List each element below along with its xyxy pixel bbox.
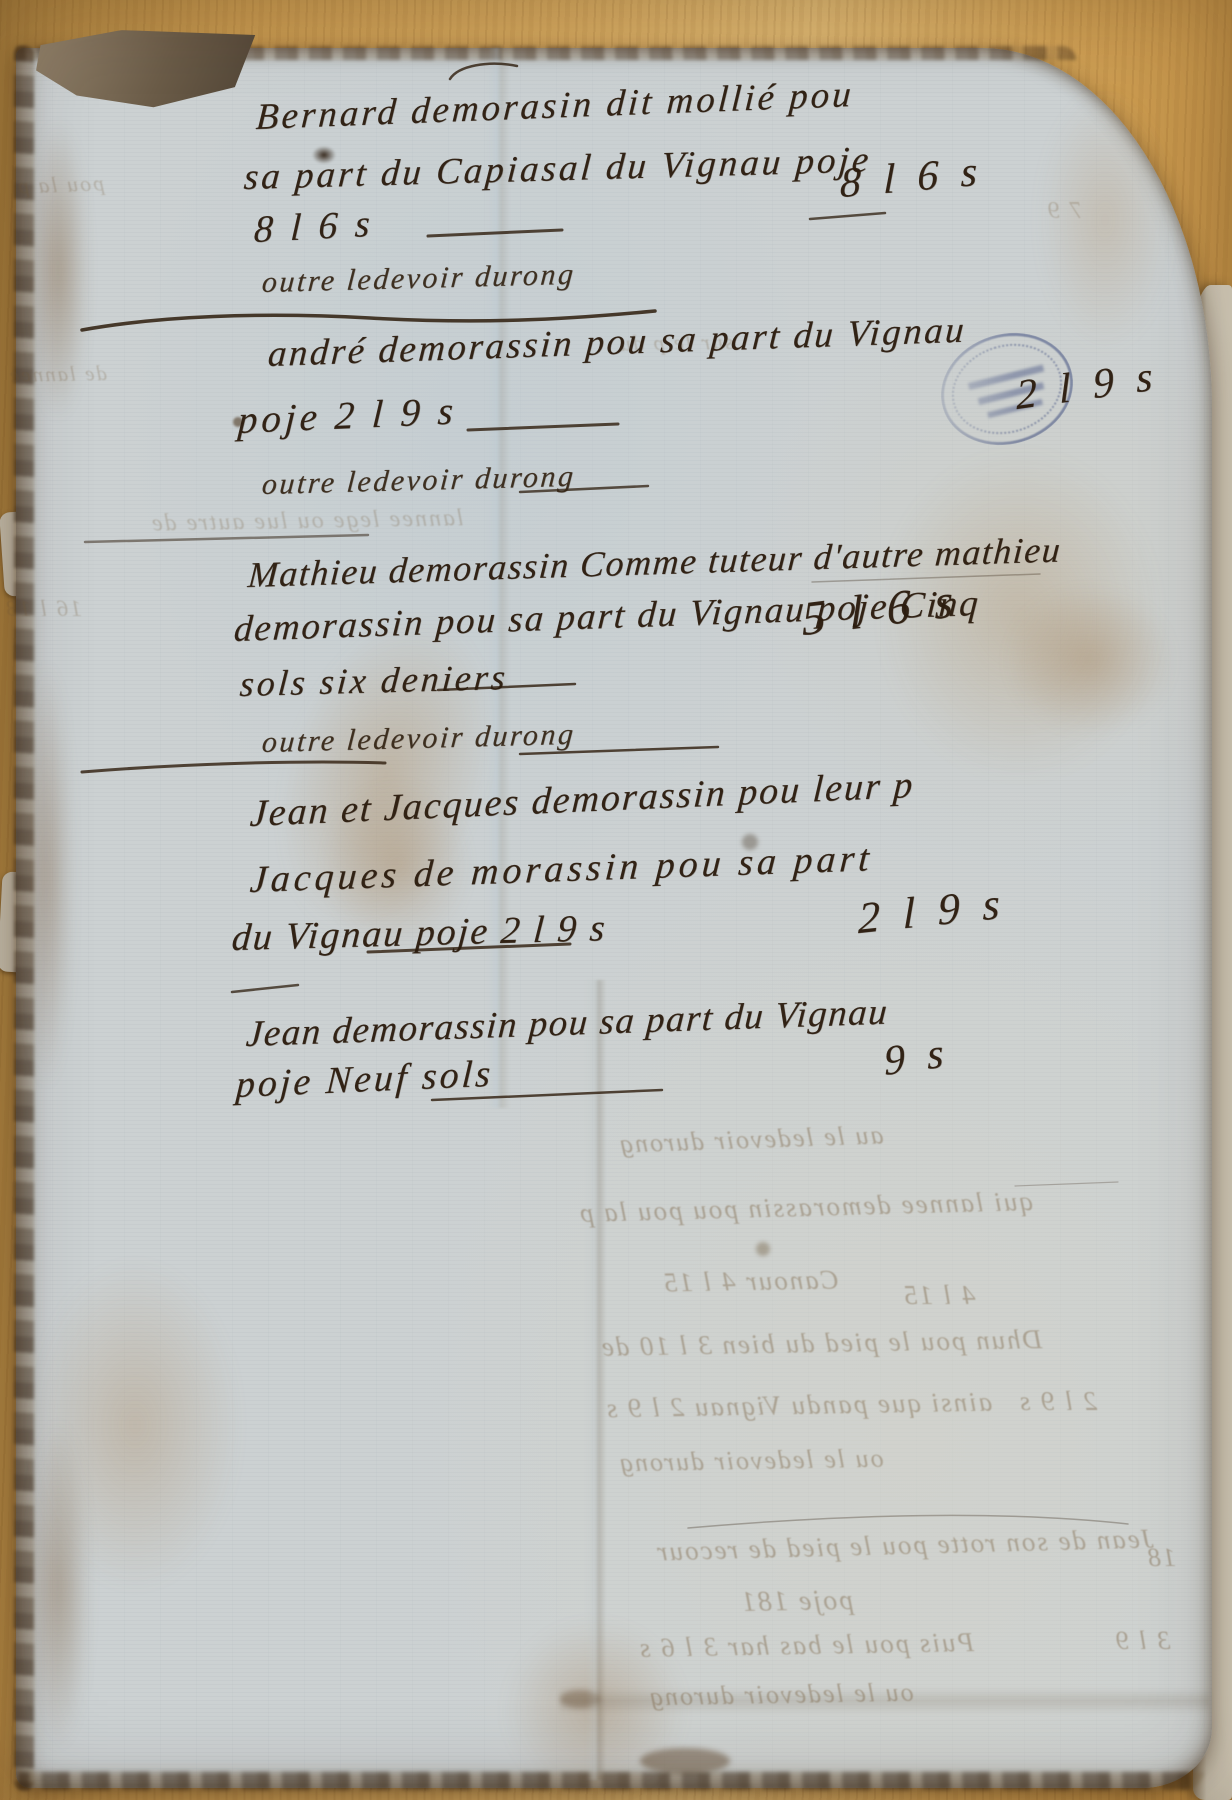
bleedthrough-fragment: lannee lege ou lue autre de [150,505,464,537]
bleedthrough-line: ou le ledevoir durong [648,1678,914,1713]
bleedthrough-amount: 3 l 9 [1114,1626,1170,1656]
bleedthrough-fragment: pou la p [16,170,105,199]
entry-5-amount: 9 s [883,1029,950,1086]
entry-3-line-3: sols six deniers [238,656,509,705]
bleedthrough-amount: 4 l 15 [902,1280,976,1311]
bleedthrough-line: poje 181 [740,1585,854,1619]
photograph-of-manuscript: au le ledevoir durong qui lannee demoras… [0,0,1232,1800]
bleedthrough-amount: 2 l 9 s [1018,1386,1097,1417]
bleedthrough-fragment: de lannee [8,361,107,388]
bleedthrough-amount: 18 [1146,1543,1176,1573]
bleedthrough-line: Canour 4 l 15 [662,1264,839,1298]
bleedthrough-fragment: 16 l 13 [4,596,82,622]
bleedthrough-line: ou le ledevoir durong [618,1444,884,1479]
bleedthrough-fragment: 7 9 [1046,198,1082,225]
bleedthrough-line: Puis pou le bas har 3 l 6 s [638,1627,975,1664]
entry-1-line-3: 8 l 6 s [253,202,375,252]
